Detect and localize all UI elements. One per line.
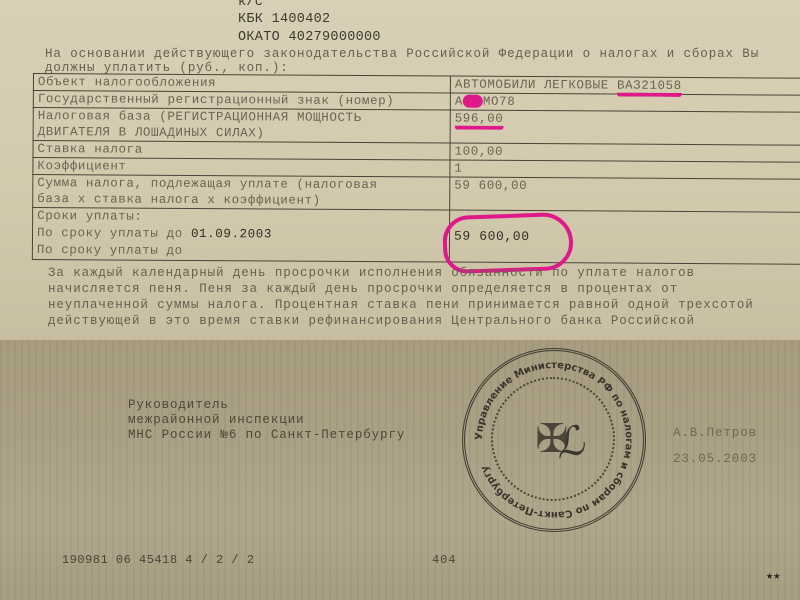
signatory-name: А.В.Петров <box>673 426 757 440</box>
kbk-code: КБК 1400402 <box>238 12 330 27</box>
tax-table: Объект налогообложения АВТОМОБИЛИ ЛЕГКОВ… <box>32 73 800 265</box>
table-row: Сумма налога, подлежащая уплате (налогов… <box>33 175 800 213</box>
tax-sum-value: 59 600,00 <box>450 177 800 212</box>
coefficient-value: 1 <box>450 160 800 179</box>
row-value: 596,00 <box>450 110 800 145</box>
label-line: ДВИГАТЕЛЯ В ЛОШАДИНЫХ СИЛАХ) <box>38 124 446 142</box>
row-label: Налоговая база (РЕГИСТРАЦИОННАЯ МОЩНОСТЬ… <box>33 108 450 144</box>
footer-marks: ★★ <box>766 568 780 583</box>
tax-rate-value: 100,00 <box>450 143 800 162</box>
penalty-line: неуплаченной суммы налога. Процентная ст… <box>48 298 754 312</box>
vehicle-type: АВТОМОБИЛИ ЛЕГКОВЫЕ <box>455 78 617 93</box>
redaction-mark <box>463 95 483 108</box>
table-row: Налоговая база (РЕГИСТРАЦИОННАЯ МОЩНОСТЬ… <box>33 108 800 146</box>
signatory-title: межрайонной инспекции <box>128 413 304 427</box>
deadline-date: 01.09.2003 <box>191 227 272 241</box>
highlight-circle <box>442 212 574 275</box>
ks-line: к/с <box>238 0 263 10</box>
table-row: Сроки уплаты: По сроку уплаты до 01.09.2… <box>32 208 800 265</box>
penalty-line: действующей в это время ставки рефинанси… <box>48 314 695 328</box>
penalty-line: начисляется пеня. Пеня за каждый день пр… <box>48 282 678 296</box>
okato-code: ОКАТО 40279000000 <box>238 30 381 45</box>
deadlines-label: Сроки уплаты: По сроку уплаты до 01.09.2… <box>32 208 449 263</box>
row-value: АВТОМОБИЛИ ЛЕГКОВЫЕ ВАЗ21058 <box>450 76 800 95</box>
row-label: Коэффициент <box>33 158 450 178</box>
tax-base-value: 596,00 <box>455 112 504 130</box>
signatory-title: МНС России №6 по Санкт-Петербургу <box>128 428 405 442</box>
signatory-title: Руководитель <box>128 398 229 412</box>
row-label: Сумма налога, подлежащая уплате (налогов… <box>33 175 450 211</box>
row-label: Государственный регистрационный знак (но… <box>33 91 450 111</box>
row-label: Объект налогообложения <box>33 74 450 94</box>
plate-prefix: А <box>455 95 463 109</box>
deadline-label: По сроку уплаты до <box>37 226 191 241</box>
row-label: Ставка налога <box>33 141 450 161</box>
signature-date: 23.05.2003 <box>673 452 757 466</box>
footer-page: 404 <box>432 553 456 567</box>
plate-suffix: МО78 <box>483 95 515 109</box>
footer-code: 190981 06 45418 4 / 2 / 2 <box>62 553 255 567</box>
penalty-line: За каждый календарный день просрочки исп… <box>48 266 695 280</box>
vehicle-model: ВАЗ21058 <box>617 79 682 97</box>
deadline-line-2: По сроку уплаты до <box>37 242 445 261</box>
label-line: база х ставка налога х коэффициент) <box>37 191 445 209</box>
intro-line-1: На основании действующего законодательст… <box>45 47 759 61</box>
